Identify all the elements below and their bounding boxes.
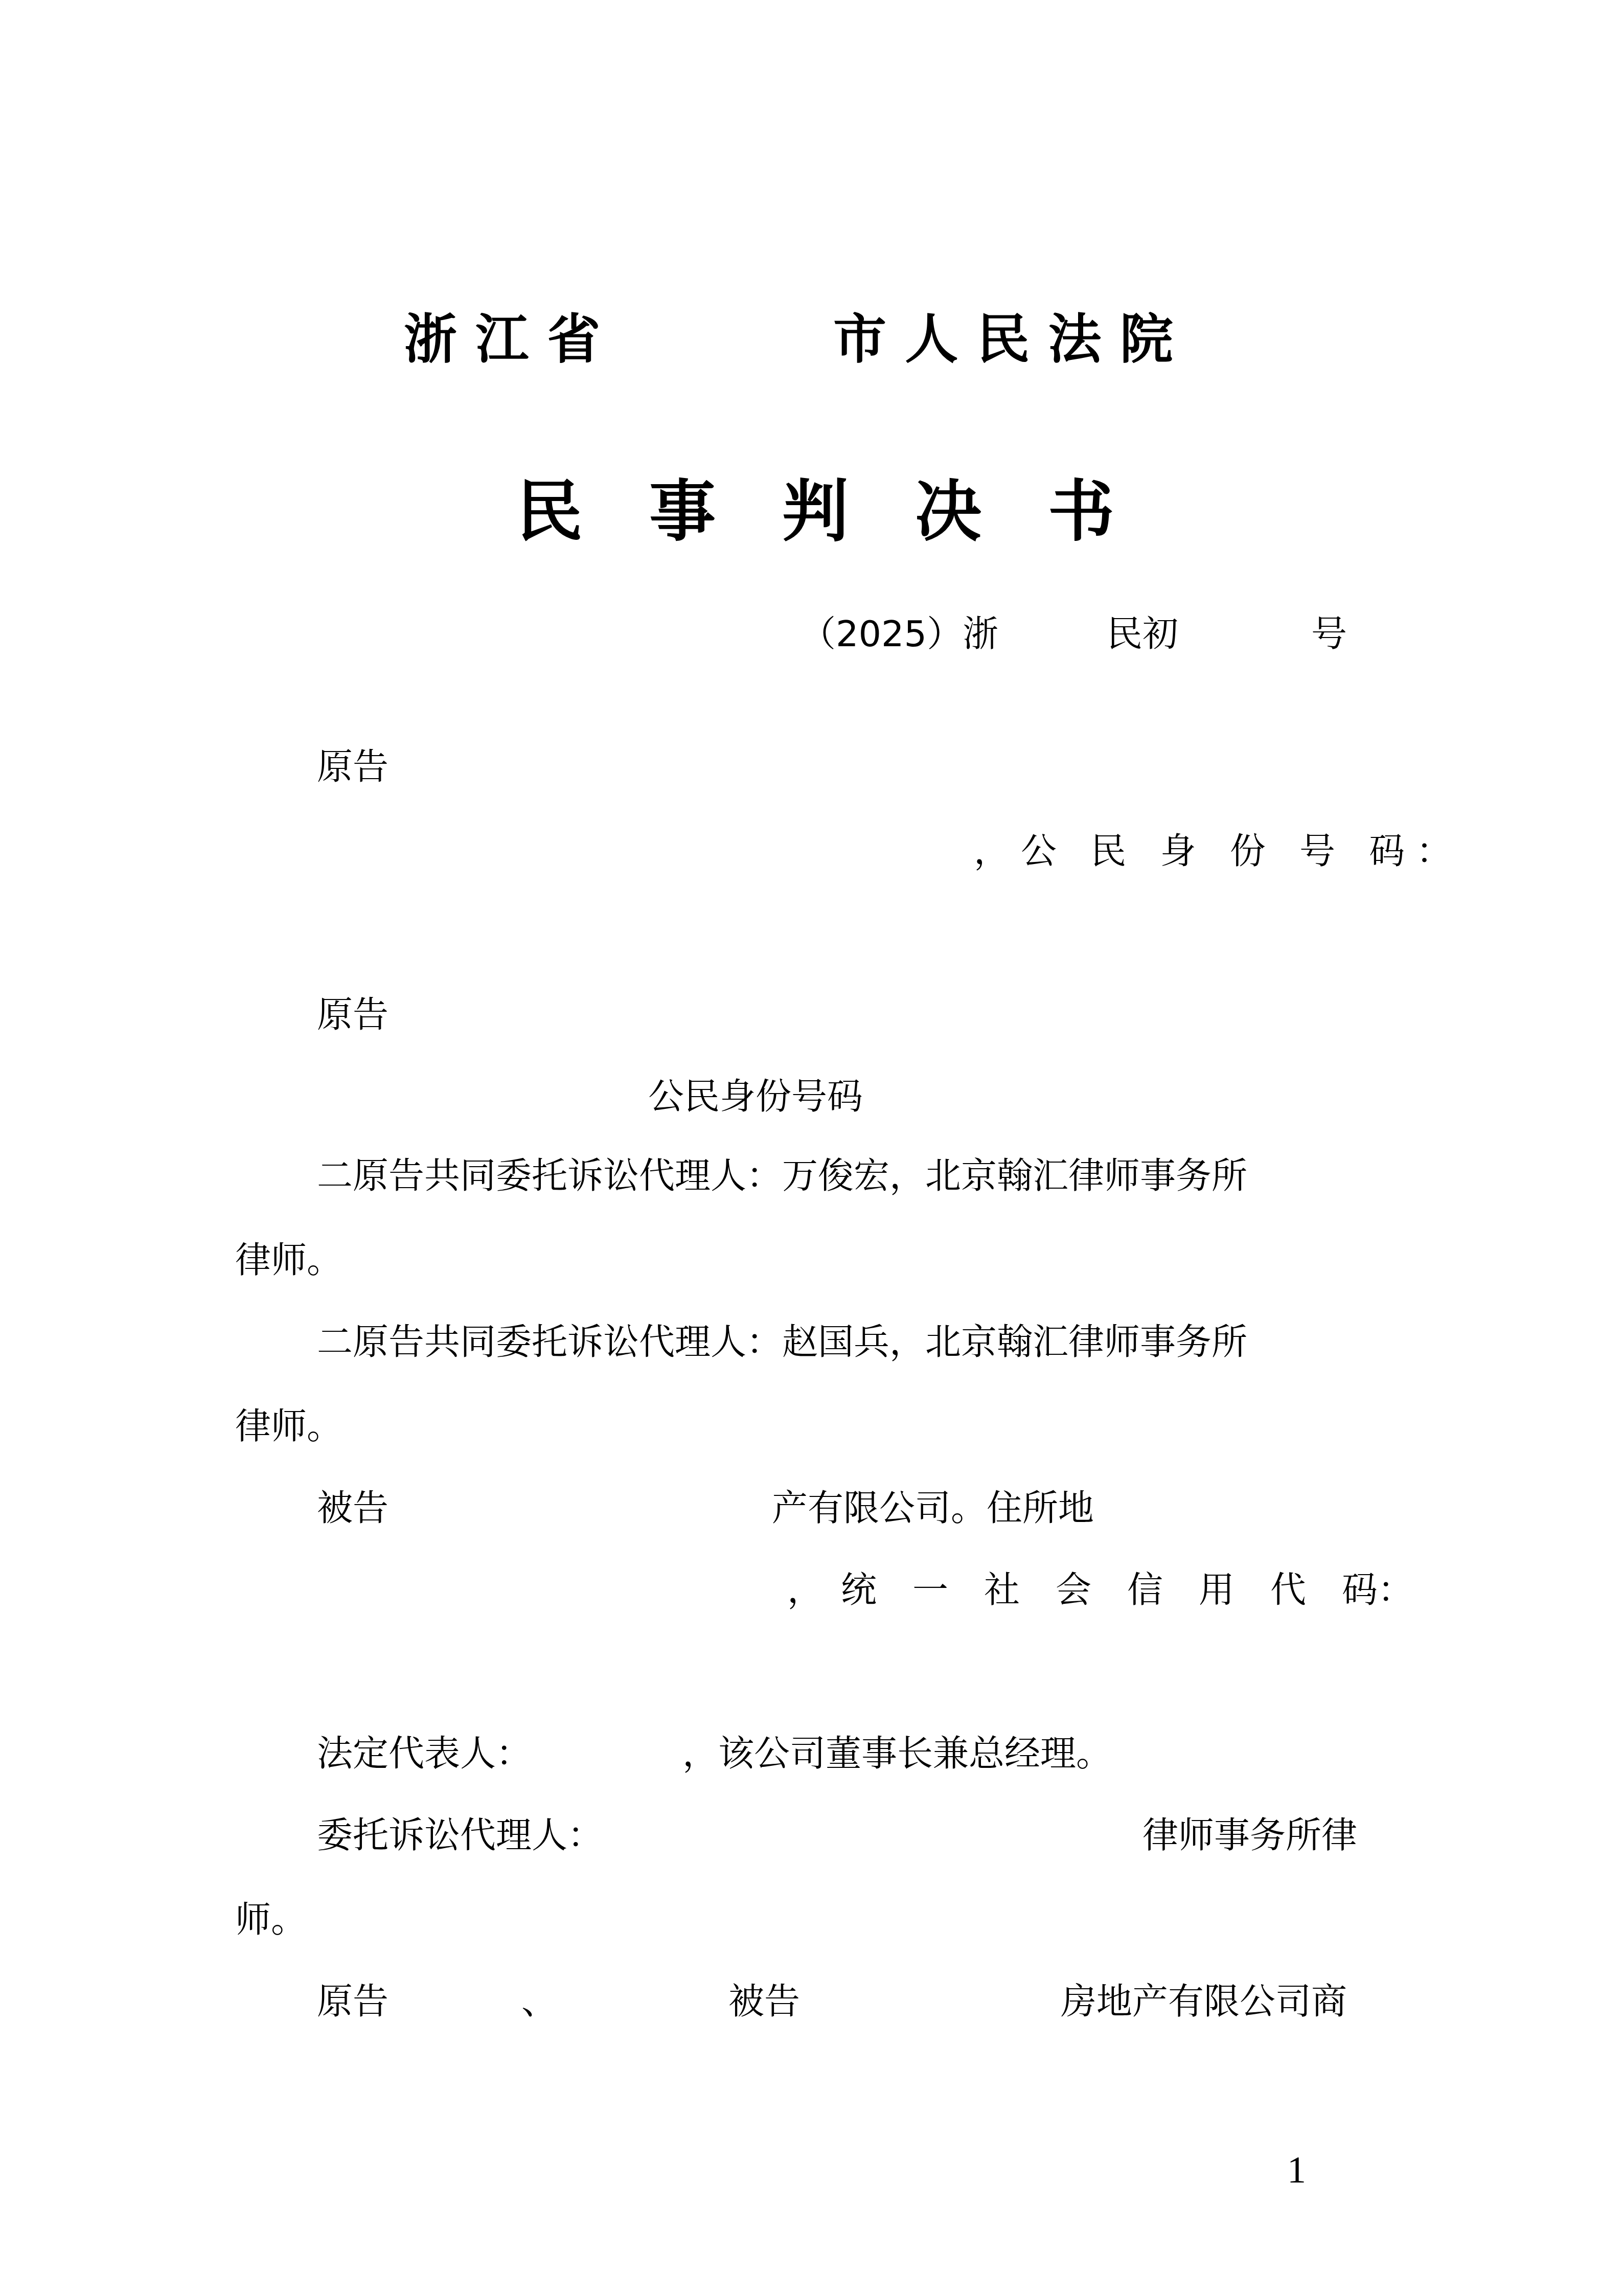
legal-rep-role: ，该公司董事长兼总经理。 bbox=[682, 1736, 1112, 1771]
legal-rep-label: 法定代表人： bbox=[317, 1736, 532, 1771]
plaintiff-agent1-line2: 律师。 bbox=[235, 1242, 342, 1278]
defendant-credit-code-label: ， 统 一 社 会 信 用 代 码： bbox=[787, 1572, 1413, 1608]
court-name-province: 浙 江 省 bbox=[404, 313, 600, 366]
defendant-agent-firm: 律师事务所律 bbox=[1142, 1817, 1357, 1853]
plaintiff-agent2-line1: 二原告共同委托诉讼代理人：赵国兵，北京翰汇律师事务所 bbox=[317, 1324, 1247, 1360]
plaintiff1-id-label: ，公 民 身 份 号 码： bbox=[974, 833, 1463, 869]
defendant-agent-label: 委托诉讼代理人： bbox=[317, 1817, 603, 1853]
plaintiff-agent2-line2: 律师。 bbox=[235, 1408, 342, 1444]
summary-defendant-tail: 房地产有限公司商 bbox=[1061, 1984, 1347, 2019]
defendant-label: 被告 bbox=[317, 1490, 388, 1526]
plaintiff2-id-label: 公民身份号码 bbox=[648, 1079, 863, 1115]
case-number-suffix: 号 bbox=[1311, 616, 1347, 652]
case-number-mid: 民初 bbox=[1107, 616, 1178, 652]
defendant-name-tail: 产有限公司。住所地 bbox=[772, 1490, 1094, 1526]
plaintiff1-label: 原告 bbox=[317, 749, 388, 785]
page-number: 1 bbox=[1287, 2151, 1306, 2189]
summary-plaintiff-label: 原告 bbox=[317, 1984, 388, 2019]
summary-separator: 、 bbox=[521, 1984, 557, 2019]
defendant-agent-line2: 师。 bbox=[235, 1902, 307, 1938]
case-number-prefix: （2025）浙 bbox=[800, 616, 998, 652]
plaintiff-agent1-line1: 二原告共同委托诉讼代理人：万俊宏，北京翰汇律师事务所 bbox=[317, 1158, 1247, 1194]
plaintiff2-label: 原告 bbox=[317, 997, 388, 1033]
summary-defendant-label: 被告 bbox=[728, 1984, 800, 2019]
court-name-suffix: 市 人 民 法 院 bbox=[833, 313, 1173, 366]
document-type-title: 民 事 判 决 书 bbox=[516, 478, 1114, 544]
